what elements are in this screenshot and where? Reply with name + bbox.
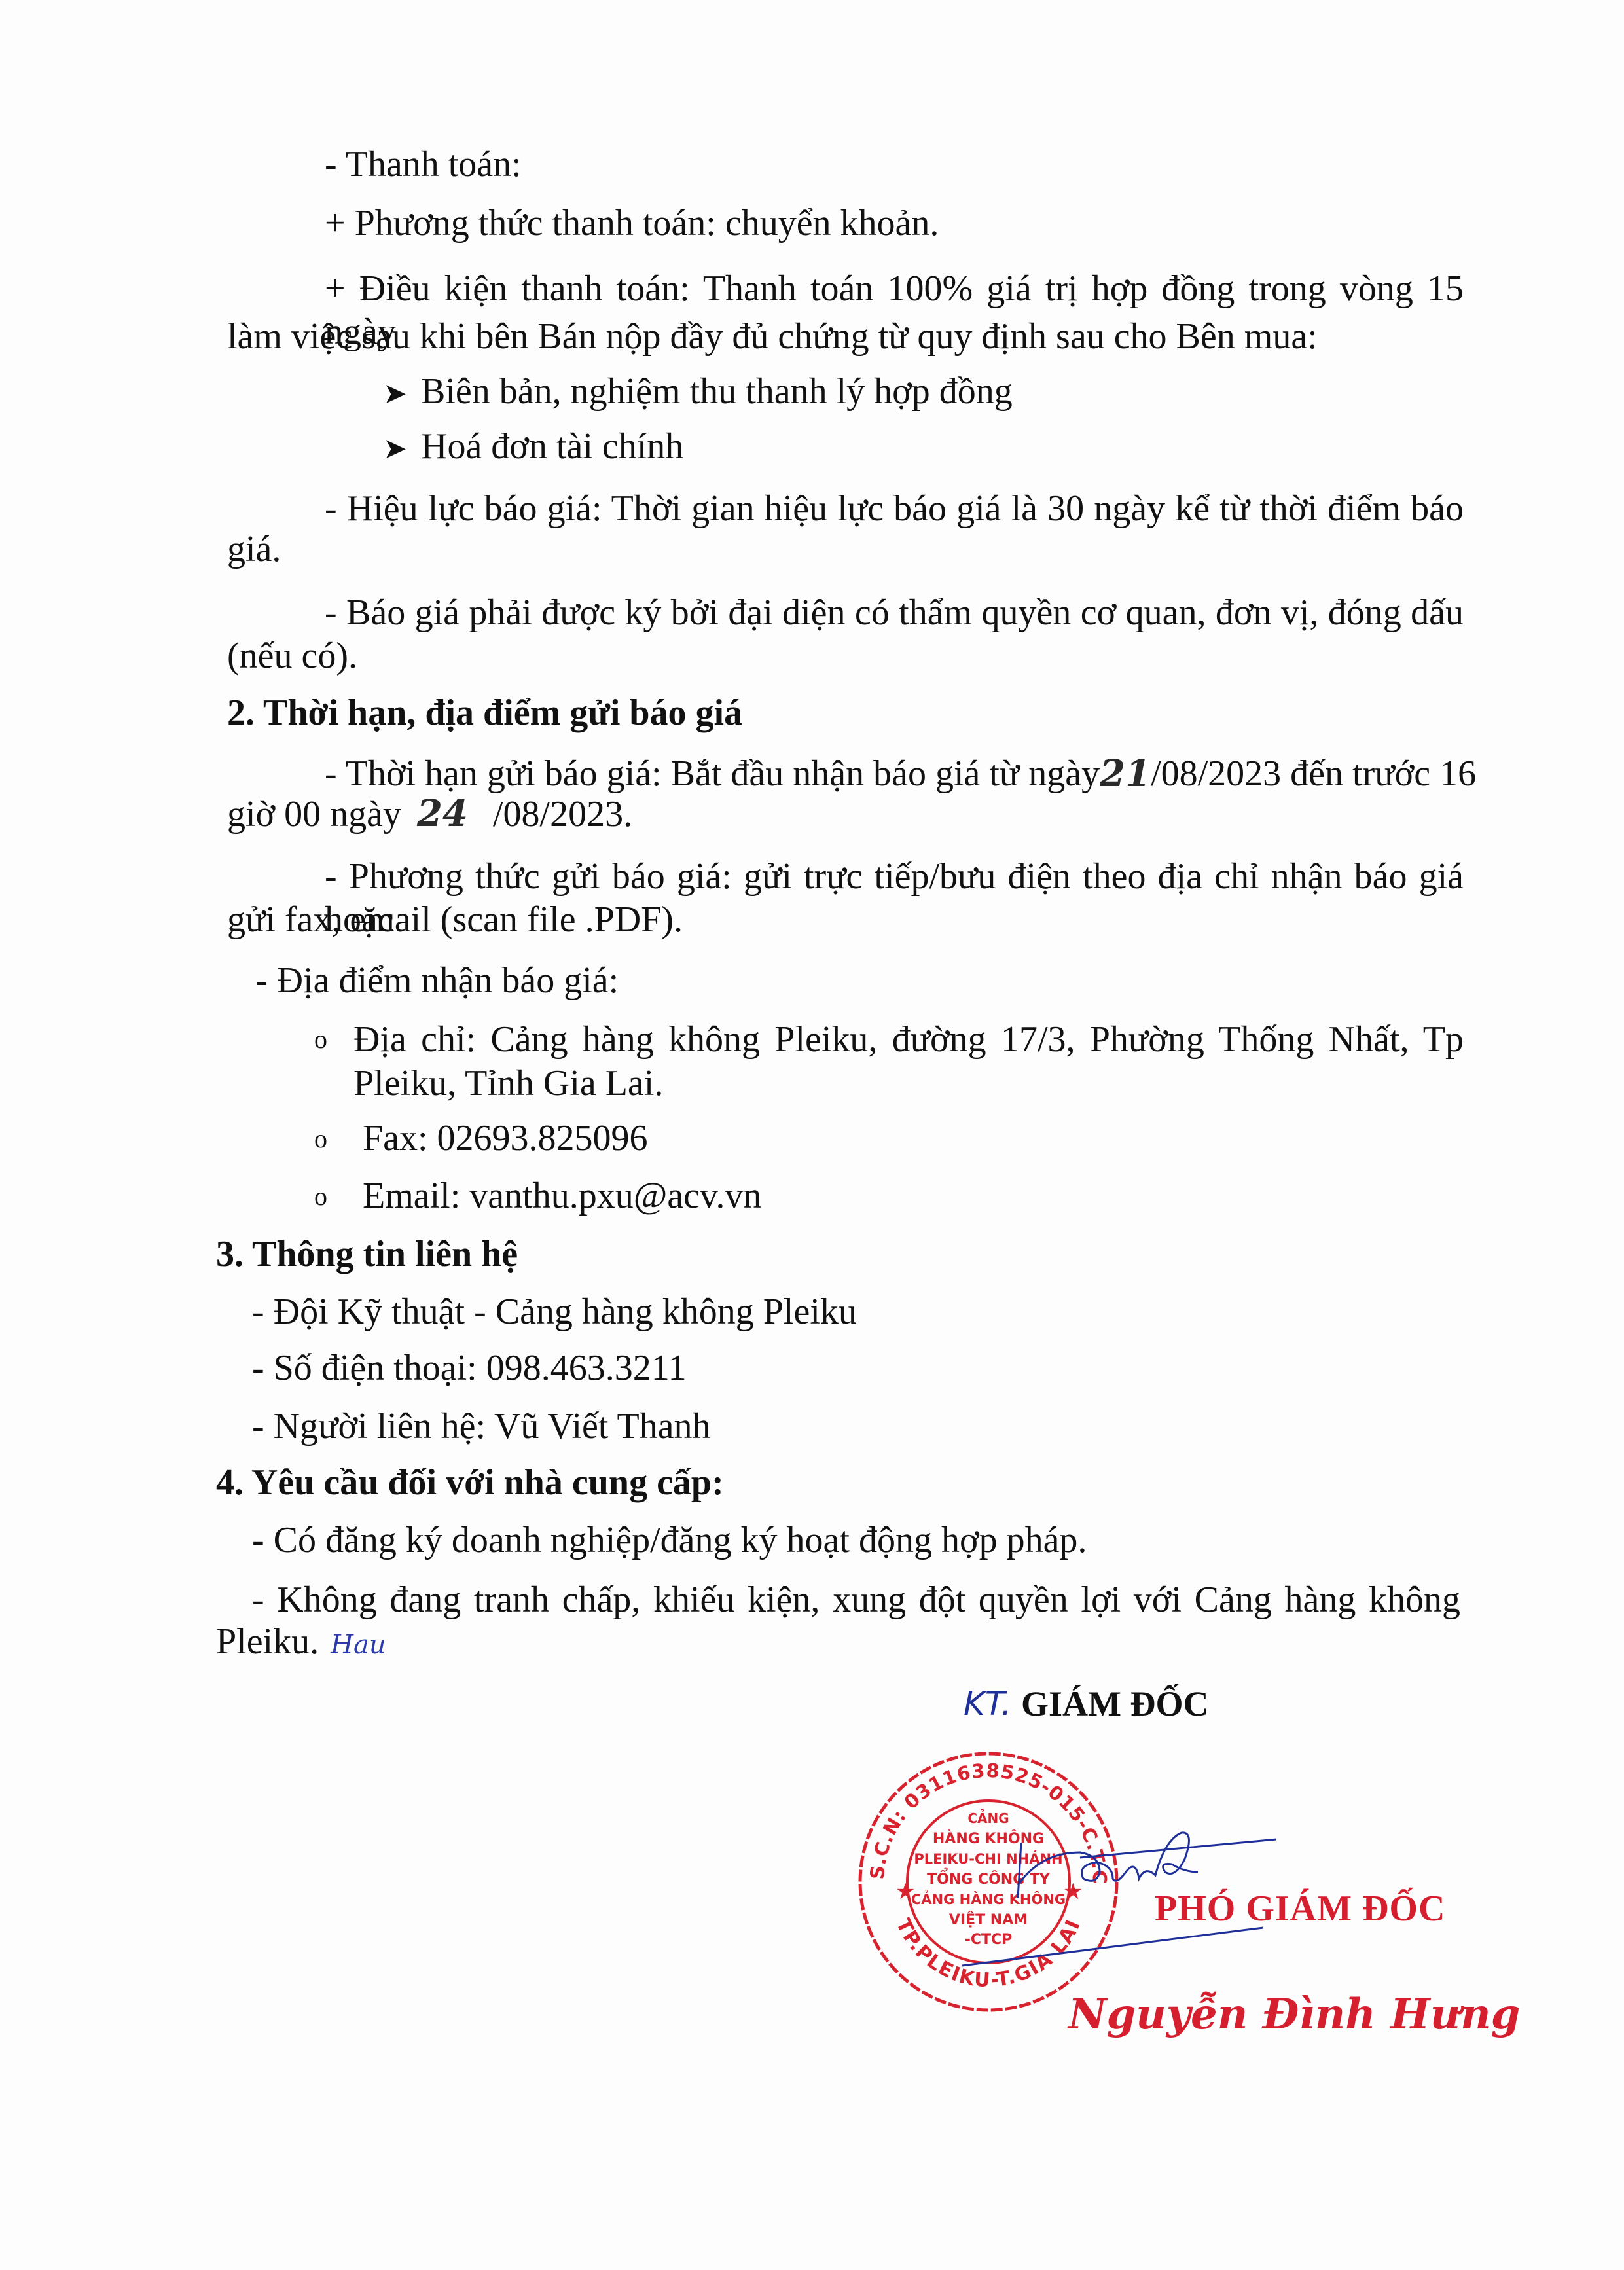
deputy-director-title: PHÓ GIÁM ĐỐC	[1155, 1888, 1445, 1930]
address-line2: Pleiku, Tỉnh Gia Lai.	[353, 1062, 663, 1105]
payment-doc-item: ➤ Hoá đơn tài chính	[383, 425, 683, 471]
signature-requirement-line1: - Báo giá phải được ký bởi đại diện có t…	[325, 591, 1464, 634]
requirement-1: - Có đăng ký doanh nghiệp/đăng ký hoạt đ…	[252, 1519, 1087, 1562]
payment-doc-label: Hoá đơn tài chính	[421, 426, 683, 467]
payment-condition-line2: làm việc sau khi bên Bán nộp đầy đủ chứn…	[227, 315, 1318, 358]
fax-item: o Fax: 02693.825096	[314, 1117, 648, 1161]
payment-heading: - Thanh toán:	[325, 143, 522, 186]
contact-person: - Người liên hệ: Vũ Viết Thanh	[252, 1405, 711, 1448]
signature-requirement-line2: (nếu có).	[227, 634, 357, 677]
requirement-2-text: Pleiku.	[216, 1621, 319, 1662]
submit-method-line2: gửi fax, email (scan file .PDF).	[227, 898, 683, 941]
requirement-2-line1: - Không đang tranh chấp, khiếu kiện, xun…	[252, 1578, 1460, 1621]
signature-scribble-icon	[949, 1780, 1316, 1990]
contact-phone: - Số điện thoại: 098.463.3211	[252, 1346, 687, 1390]
validity-line2: giá.	[227, 528, 281, 571]
payment-doc-label: Biên bản, nghiệm thu thanh lý hợp đồng	[421, 371, 1013, 412]
deadline-line2-pre: giờ 00 ngày	[227, 794, 401, 835]
initial-mark: Hau	[331, 1630, 386, 1660]
handwritten-signature	[949, 1780, 1316, 1990]
payment-doc-item: ➤ Biên bản, nghiệm thu thanh lý hợp đồng	[383, 370, 1013, 416]
address-line1: Địa chỉ: Cảng hàng không Pleiku, đường 1…	[353, 1018, 1464, 1061]
address-item: o Địa chỉ: Cảng hàng không Pleiku, đường…	[314, 1018, 1464, 1061]
deadline-line1: - Thời hạn gửi báo giá: Bắt đầu nhận báo…	[325, 752, 1464, 795]
circle-bullet-icon: o	[314, 1117, 353, 1161]
email-item: o Email: vanthu.pxu@acv.vn	[314, 1174, 761, 1218]
location-heading: - Địa điểm nhận báo giá:	[255, 959, 619, 1002]
email-address[interactable]: Email: vanthu.pxu@acv.vn	[363, 1176, 761, 1216]
kt-handwritten: KT.	[964, 1685, 1011, 1723]
section4-heading: 4. Yêu cầu đối với nhà cung cấp:	[216, 1461, 724, 1504]
document-page: - Thanh toán: + Phương thức thanh toán: …	[0, 0, 1624, 2270]
circle-bullet-icon: o	[314, 1175, 353, 1218]
deadline-end-day: 24	[417, 792, 468, 835]
validity-line1: - Hiệu lực báo giá: Thời gian hiệu lực b…	[325, 487, 1464, 530]
signatory-title: GIÁM ĐỐC	[1021, 1684, 1208, 1724]
deadline-line2: giờ 00 ngày 24 /08/2023.	[227, 792, 632, 836]
deadline-start-day: 21	[1100, 752, 1151, 795]
circle-bullet-icon: o	[314, 1018, 353, 1061]
arrow-bullet-icon: ➤	[383, 372, 412, 416]
deadline-post: /08/2023 đến trước 16	[1151, 752, 1476, 795]
fax-number: Fax: 02693.825096	[363, 1118, 648, 1159]
signatory-name: Nguyễn Đình Hưng	[1068, 1990, 1520, 2039]
arrow-bullet-icon: ➤	[383, 427, 412, 471]
section2-heading: 2. Thời hạn, địa điểm gửi báo giá	[227, 691, 742, 734]
payment-method: + Phương thức thanh toán: chuyển khoản.	[325, 202, 939, 245]
requirement-2-line2: Pleiku. Hau	[216, 1620, 386, 1666]
deadline-pre: - Thời hạn gửi báo giá: Bắt đầu nhận báo…	[325, 752, 1100, 795]
deadline-line2-post: /08/2023.	[493, 794, 632, 835]
section3-heading: 3. Thông tin liên hệ	[216, 1233, 518, 1276]
contact-team: - Đội Kỹ thuật - Cảng hàng không Pleiku	[252, 1290, 857, 1333]
